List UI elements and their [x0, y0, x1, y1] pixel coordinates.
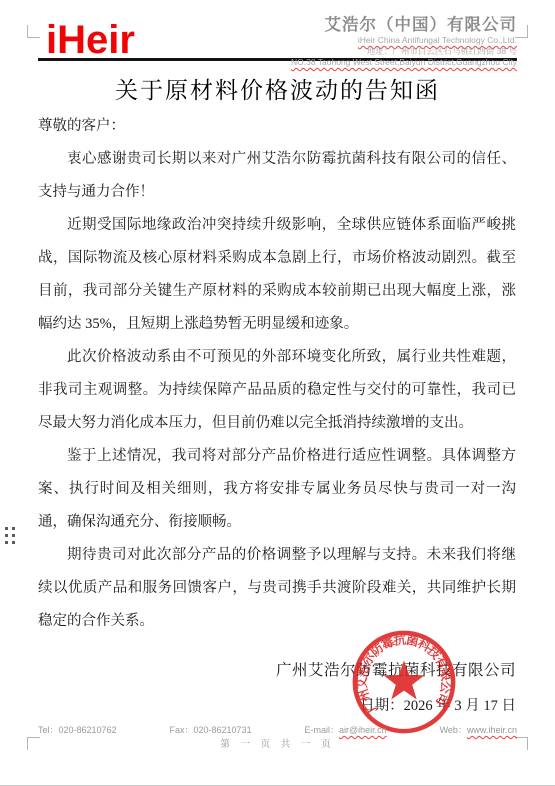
paragraph-4[interactable]: 鉴于上述情况，我司将对部分产品价格进行适应性调整。具体调整方案、执行时间及相关细…	[38, 440, 516, 539]
document-title[interactable]: 关于原材料价格波动的告知函	[0, 72, 555, 105]
paragraph-5[interactable]: 期待贵司对此次部分产品的价格调整予以理解与支持。未来我们将继续以优质产品和服务回…	[38, 539, 516, 638]
signature-date[interactable]: 日期：2026 年 3 月 17 日	[276, 694, 516, 715]
footer-fax: Fax：020-86210731	[170, 723, 252, 736]
email-label: E-mail：	[305, 725, 340, 735]
web-value: www.iheir.cn	[467, 725, 517, 735]
company-name-cn: 艾浩尔（中国）有限公司	[291, 16, 517, 35]
letter-body[interactable]: 尊敬的客户： 衷心感谢贵司长期以来对广州艾浩尔防霉抗菌科技有限公司的信任、支持与…	[38, 110, 516, 642]
tel-label: Tel：	[38, 725, 59, 735]
page-corner-mark-top-left	[27, 25, 40, 38]
fax-label: Fax：	[170, 725, 194, 735]
fax-value: 020-86210731	[194, 725, 252, 735]
paragraph-drag-handle-icon[interactable]	[5, 527, 15, 544]
tel-value: 020-86210762	[59, 725, 117, 735]
document-page: iHeir 艾浩尔（中国）有限公司 iHeir China Antifungal…	[0, 0, 555, 786]
signature-company[interactable]: 广州艾浩尔防霉抗菌科技有限公司	[276, 658, 516, 680]
company-address-en: NO.38 Taohong West Street,Baiyun Distric…	[291, 57, 517, 68]
web-label: Web：	[440, 725, 467, 735]
company-logo: iHeir	[46, 20, 135, 60]
footer-tel: Tel：020-86210762	[38, 723, 117, 736]
letterhead-company-block: 艾浩尔（中国）有限公司 iHeir China Antifungal Techn…	[291, 16, 517, 68]
letterhead: iHeir 艾浩尔（中国）有限公司 iHeir China Antifungal…	[0, 0, 555, 56]
salutation[interactable]: 尊敬的客户：	[38, 110, 516, 143]
footer-email: E-mail：air@iheir.cn	[305, 723, 387, 736]
paragraph-2[interactable]: 近期受国际地缘政治冲突持续升级影响，全球供应链体系面临严峻挑战，国际物流及核心原…	[38, 209, 516, 341]
company-name-en: iHeir China Antifungal Technology Co.,Lt…	[291, 35, 517, 46]
footer-contacts: Tel：020-86210762 Fax：020-86210731 E-mail…	[38, 723, 517, 736]
paragraph-1[interactable]: 衷心感谢贵司长期以来对广州艾浩尔防霉抗菌科技有限公司的信任、支持与通力合作！	[38, 143, 516, 209]
page-indicator: 第 一 页 共 一 页	[0, 736, 555, 750]
page-corner-mark-top-right	[515, 25, 528, 38]
email-value: air@iheir.cn	[339, 725, 387, 735]
paragraph-3[interactable]: 此次价格波动系由不可预见的外部环境变化所致，属行业共性难题，非我司主观调整。为持…	[38, 341, 516, 440]
closing-salute[interactable]: 顺颂商祺！	[38, 638, 516, 642]
footer-web: Web：www.iheir.cn	[440, 723, 517, 736]
company-address-cn: 地址：广州市白云区石马桃红西街 38 号	[291, 46, 517, 57]
signature-block: 广州艾浩尔防霉抗菌科技有限公司 日期：2026 年 3 月 17 日	[276, 658, 516, 715]
